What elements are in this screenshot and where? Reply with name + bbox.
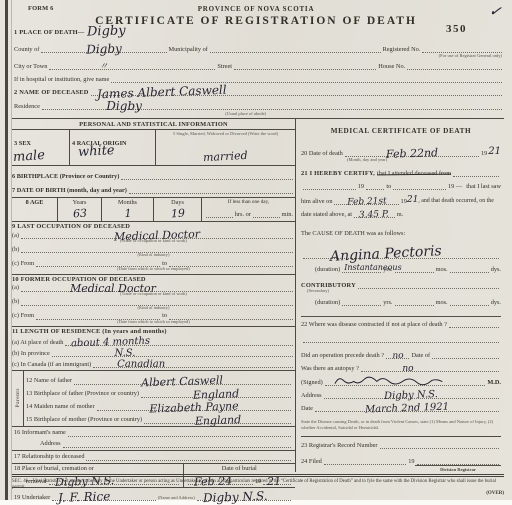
division-registrar-label: Division Registrar — [415, 465, 501, 472]
over-label: (OVER) — [12, 491, 504, 498]
father-birthplace-label: 13 Birthplace of father (Province or cou… — [26, 390, 139, 397]
scan-left-edge — [5, 0, 8, 500]
autopsy-answer-rule: no — [361, 365, 499, 372]
footer-divider — [12, 474, 504, 475]
age-days-cell: Days 19 — [154, 198, 202, 221]
physician-address-label: Address — [301, 392, 322, 399]
mother-maiden-rule: Elizabeth Payne — [97, 404, 291, 411]
alive-on-rule: Feb 21st — [334, 198, 398, 205]
parents-side-label: Parents — [15, 388, 21, 407]
alive-year-value: 21 — [407, 196, 418, 205]
age-months-label: Months — [104, 199, 151, 206]
certify-to-rule — [393, 183, 446, 190]
autopsy-answer-value: no — [402, 365, 413, 374]
operation-answer-rule: no — [386, 352, 409, 359]
operation-answer-value: no — [392, 352, 404, 361]
residence-c-value: Canadian — [117, 360, 165, 370]
mother-maiden-value: Elizabeth Payne — [149, 400, 239, 414]
marital-status-cell: 5 Single, Married, Widowed or Divorced (… — [156, 130, 295, 165]
contributory-duration-rule3 — [450, 299, 489, 306]
cause-dys-label: dys. — [491, 266, 501, 273]
last-occ-c-rule2 — [169, 260, 293, 267]
former-occupation-section: 10 FORMER OCCUPATION OF DECEASED (a) Med… — [12, 275, 295, 328]
last-occ-c-rule1 — [36, 260, 160, 267]
age-table: 8 AGE Years 63 Months 1 Days 19 If less … — [12, 197, 295, 222]
residence-a-rule: about 4 months — [65, 339, 293, 346]
disease-contracted-question: 22 Where was disease contracted if not a… — [301, 321, 447, 328]
city-label: City or Town — [14, 63, 47, 70]
former-occ-a-rule: Medical Doctor — [21, 285, 293, 292]
house-no-label: House No. — [378, 63, 405, 70]
birthplace-row: 6 BIRTHPLACE (Province or Country) — [12, 168, 295, 180]
cause-duration-label: (duration) — [315, 266, 340, 273]
age-hrs-rule — [206, 211, 233, 218]
violent-causes-note: State the Disease causing Death, or in d… — [301, 419, 501, 430]
certify-from-rule — [303, 183, 356, 190]
contributory-duration-label: (duration) — [315, 299, 340, 306]
residence-a-label: (a) At place of death — [12, 339, 63, 346]
street-rule — [234, 63, 376, 70]
informant-address-rule — [63, 441, 291, 448]
cause-secondary-value: Instantaneous — [344, 264, 402, 272]
contributory-dys-label: dys. — [491, 299, 501, 306]
deceased-name-value: James Albert Caswell — [96, 84, 226, 101]
mother-birthplace-value: England — [194, 414, 241, 427]
autopsy-question: Was there an autopsy ? — [301, 365, 359, 372]
age-years-value: 63 — [72, 208, 87, 220]
death-certificate-scan: FORM 6 PROVINCE OF NOVA SCOTIA CERTIFICA… — [0, 0, 512, 500]
hospital-label: If in hospital or institution, give name — [14, 76, 109, 83]
informant-address-label: Address — [40, 440, 61, 447]
cause-rule: Angina Pectoris — [303, 252, 499, 259]
last-occ-a-value: Medical Doctor — [114, 229, 200, 243]
last-occ-c-note: (Date from which to which so employed) — [12, 267, 295, 272]
mother-birthplace-label: 15 Birthplace of mother (Province or cou… — [26, 416, 142, 423]
racial-origin-value: white — [78, 144, 115, 159]
father-birthplace-rule: England — [141, 391, 291, 398]
residence-value: Digby — [106, 100, 142, 112]
former-occ-c-rule1 — [36, 313, 160, 320]
sign-date-rule: March 2nd 1921 — [315, 405, 499, 412]
contributory-rule — [358, 282, 499, 289]
parents-block: Parents 12 Name of father Albert Caswell… — [12, 371, 295, 427]
sign-date-label: Date — [301, 405, 313, 412]
former-occ-c-rule2 — [169, 313, 293, 320]
age-min-label: min. — [282, 211, 293, 218]
age-days-label: Days — [156, 199, 199, 206]
relationship-rule — [86, 454, 291, 461]
cause-duration-rule1: Instantaneous — [342, 266, 381, 273]
sex-race-marital-row: 3 SEX male 4 RACIAL ORIGIN white 5 Singl… — [12, 130, 295, 166]
birthplace-label: 6 BIRTHPLACE (Province or Country) — [12, 173, 119, 180]
father-name-value: Albert Caswell — [141, 374, 223, 388]
last-occ-b-label: (b) — [12, 246, 19, 253]
father-birthplace-value: England — [193, 388, 240, 401]
signed-label: (Signed) — [301, 379, 323, 386]
burial-place-label: 18 Place of burial, cremation or — [14, 465, 181, 472]
residence-b-rule: N.S. — [52, 350, 293, 357]
age-hrs-label: hrs. or — [235, 211, 251, 218]
last-occupation-section: 9 LAST OCCUPATION OF DECEASED (a) Medica… — [12, 222, 295, 275]
hospital-rule — [111, 76, 502, 83]
disease-contracted-rule2 — [303, 336, 499, 343]
disease-contracted-rule — [449, 321, 499, 328]
filed-label: 24 Filed — [301, 458, 322, 465]
operation-question: Did an operation precede death ? — [301, 352, 384, 359]
age-min-rule — [253, 211, 280, 218]
parents-side-label-cell: Parents — [12, 371, 24, 426]
informant-name-label: 16 Informant's name — [14, 429, 66, 436]
filed-rule1 — [324, 458, 406, 465]
relationship-section: 17 Relationship to deceased — [12, 451, 295, 464]
age-label-cell: 8 AGE — [12, 198, 58, 221]
place-of-death-value: Digby — [87, 24, 126, 38]
age-days-value: 19 — [170, 208, 185, 220]
registered-no-label: Registered No. — [383, 46, 421, 53]
contributory-duration-rule2 — [395, 299, 434, 306]
physician-address-value: Digby N.S. — [384, 390, 438, 402]
alive-tail: , and that death occurred, on the — [418, 198, 494, 205]
residence-b-label: (b) In province — [12, 350, 50, 357]
last-occ-b-rule — [21, 246, 293, 253]
cause-duration-rule3 — [450, 266, 489, 273]
sex-value: male — [13, 149, 46, 164]
alive-on-value: Feb 21st — [347, 197, 387, 207]
filed-year-prefix: 19 — [408, 458, 414, 465]
signed-md-suffix: M.D. — [487, 379, 501, 386]
age-months-value: 1 — [124, 208, 132, 219]
footer-note: SEC. 46—Vital Statistics Act makes it th… — [12, 476, 504, 498]
cause-duration-rule2 — [395, 266, 434, 273]
former-occ-a-label: (a) — [12, 284, 19, 291]
last-occ-a-rule: Medical Doctor — [21, 232, 293, 239]
informant-section: 16 Informant's name Address — [12, 427, 295, 451]
father-name-rule: Albert Caswell — [74, 378, 291, 385]
residence-c-rule: Canadian — [93, 361, 293, 368]
county-label: County of — [14, 46, 39, 53]
date-of-death-label: 20 Date of death — [301, 150, 343, 157]
cause-mos-label: mos. — [436, 266, 448, 273]
contributory-note: (Secondary) — [307, 289, 501, 294]
informant-name-rule — [68, 430, 291, 437]
operation-date-rule — [432, 352, 499, 359]
place-of-death-label: 1 PLACE OF DEATH— — [14, 29, 84, 36]
birthplace-rule — [121, 173, 293, 180]
last-occ-c-label: (c) From — [12, 260, 34, 267]
cause-of-death-value: Angina Pectoris — [330, 244, 442, 264]
signature-rule — [325, 379, 486, 386]
certificate-title: CERTIFICATE OF REGISTRATION OF DEATH — [0, 15, 512, 27]
death-year-prefix: 19 — [481, 150, 487, 157]
former-occ-b-label: (b) — [12, 298, 19, 305]
registrar-record-number-label: 23 Registrar's Record Number — [301, 442, 378, 449]
death-time-suffix: m. — [397, 211, 403, 218]
registrar-general-note: (For use of Registrar General only) — [439, 54, 502, 59]
deceased-name-label: 2 NAME OF DECEASED — [14, 89, 89, 96]
street-label: Street — [217, 63, 232, 70]
sex-label: 3 SEX — [14, 140, 31, 147]
personal-section-title: PERSONAL AND STATISTICAL INFORMATION — [12, 118, 295, 130]
date-of-birth-label: 7 DATE OF BIRTH (month, day and year) — [12, 187, 127, 194]
age-years-label: Years — [60, 199, 99, 206]
residence-label: Residence — [14, 103, 40, 110]
province-heading: PROVINCE OF NOVA SCOTIA — [0, 5, 512, 13]
age-label: 8 AGE — [14, 199, 55, 206]
county-value: Digby — [86, 42, 122, 55]
municipality-rule — [210, 46, 381, 53]
date-of-birth-row: 7 DATE OF BIRTH (month, day and year) — [12, 182, 295, 194]
death-year-value: 21 — [488, 147, 501, 157]
pen-checkmark: ✓ — [488, 3, 503, 20]
city-ditto-value: 〃 — [99, 63, 108, 72]
physician-signature — [329, 374, 449, 387]
certify-tail: that I last saw — [466, 183, 501, 190]
sec46-text: SEC. 46—Vital Statistics Act makes it th… — [12, 479, 504, 491]
length-of-residence-section: 11 LENGTH OF RESIDENCE (In years and mon… — [12, 327, 295, 371]
certify-to: to — [386, 183, 391, 190]
sex-cell: 3 SEX male — [12, 130, 70, 165]
age-less-than-day-cell: If less than one day, hrs. or min. — [202, 198, 295, 221]
mother-birthplace-rule: England — [144, 417, 291, 424]
county-rule: Digby — [41, 46, 166, 53]
certify-mid-rule — [366, 183, 384, 190]
cause-of-death-label: The CAUSE OF DEATH was as follows: — [301, 230, 501, 237]
house-no-rule — [407, 63, 502, 70]
death-time-label: date stated above, at — [301, 211, 352, 218]
former-occ-c-label: (c) From — [12, 312, 34, 319]
contributory-yrs-label: yrs. — [383, 299, 392, 306]
medical-section-title: MEDICAL CERTIFICATE OF DEATH — [301, 127, 501, 135]
date-of-death-value: Feb 22nd — [386, 147, 439, 160]
certify-label: 21 I HEREBY CERTIFY, — [301, 170, 375, 177]
personal-statistical-section: PERSONAL AND STATISTICAL INFORMATION 3 S… — [12, 118, 295, 500]
certify-year2: 19 — — [448, 183, 462, 190]
physician-address-rule: Digby N.S. — [324, 392, 499, 399]
burial-date-label: Date of burial — [186, 465, 293, 472]
mother-maiden-label: 14 Maiden name of mother — [26, 403, 95, 410]
contributory-mos-label: mos. — [436, 299, 448, 306]
length-residence-title: 11 LENGTH OF RESIDENCE (In years and mon… — [12, 328, 295, 335]
marital-status-value: married — [203, 150, 248, 163]
racial-origin-cell: 4 RACIAL ORIGIN white — [70, 130, 156, 165]
relationship-label: 17 Relationship to deceased — [14, 453, 84, 460]
municipality-label: Municipality of — [169, 46, 208, 53]
contributory-duration-rule1 — [342, 299, 381, 306]
filed-rule2 — [417, 458, 499, 465]
father-name-label: 12 Name of father — [26, 377, 72, 384]
deceased-name-rule: James Albert Caswell — [91, 89, 502, 96]
medical-certificate-section: MEDICAL CERTIFICATE OF DEATH 20 Date of … — [295, 118, 504, 472]
certify-year1: 19 — [358, 183, 364, 190]
sign-date-value: March 2nd 1921 — [365, 403, 449, 416]
date-of-birth-rule — [129, 187, 293, 194]
former-occ-a-value: Medical Doctor — [70, 283, 156, 294]
registrar-record-number-rule — [380, 442, 499, 449]
age-years-cell: Years 63 — [58, 198, 102, 221]
residence-note: (Usual place of abode) — [225, 112, 266, 117]
alive-on-label: him alive on — [301, 198, 332, 205]
residence-b-value: N.S. — [114, 349, 135, 359]
residence-c-label: (c) In Canada (if an immigrant) — [12, 361, 91, 368]
marital-status-label: 5 Single, Married, Widowed or Divorced (… — [163, 132, 287, 137]
certify-rule — [453, 170, 499, 177]
death-time-rule: 3.45 P. — [354, 211, 395, 218]
operation-date-label: Date of — [411, 352, 430, 359]
former-occ-b-rule — [21, 299, 293, 306]
residence-rule: Digby — [42, 103, 502, 110]
city-rule: 〃 — [49, 63, 215, 70]
former-occ-c-note: (Date from which to which so employed) — [12, 320, 295, 325]
death-time-value: 3.45 P. — [359, 211, 389, 221]
last-occ-a-label: (a) — [12, 232, 19, 239]
registered-no-rule — [422, 46, 502, 53]
age-months-cell: Months 1 — [102, 198, 154, 221]
date-of-death-rule: Feb 22nd — [345, 150, 479, 157]
certify-struck-text: that I attended deceased from — [377, 170, 451, 177]
